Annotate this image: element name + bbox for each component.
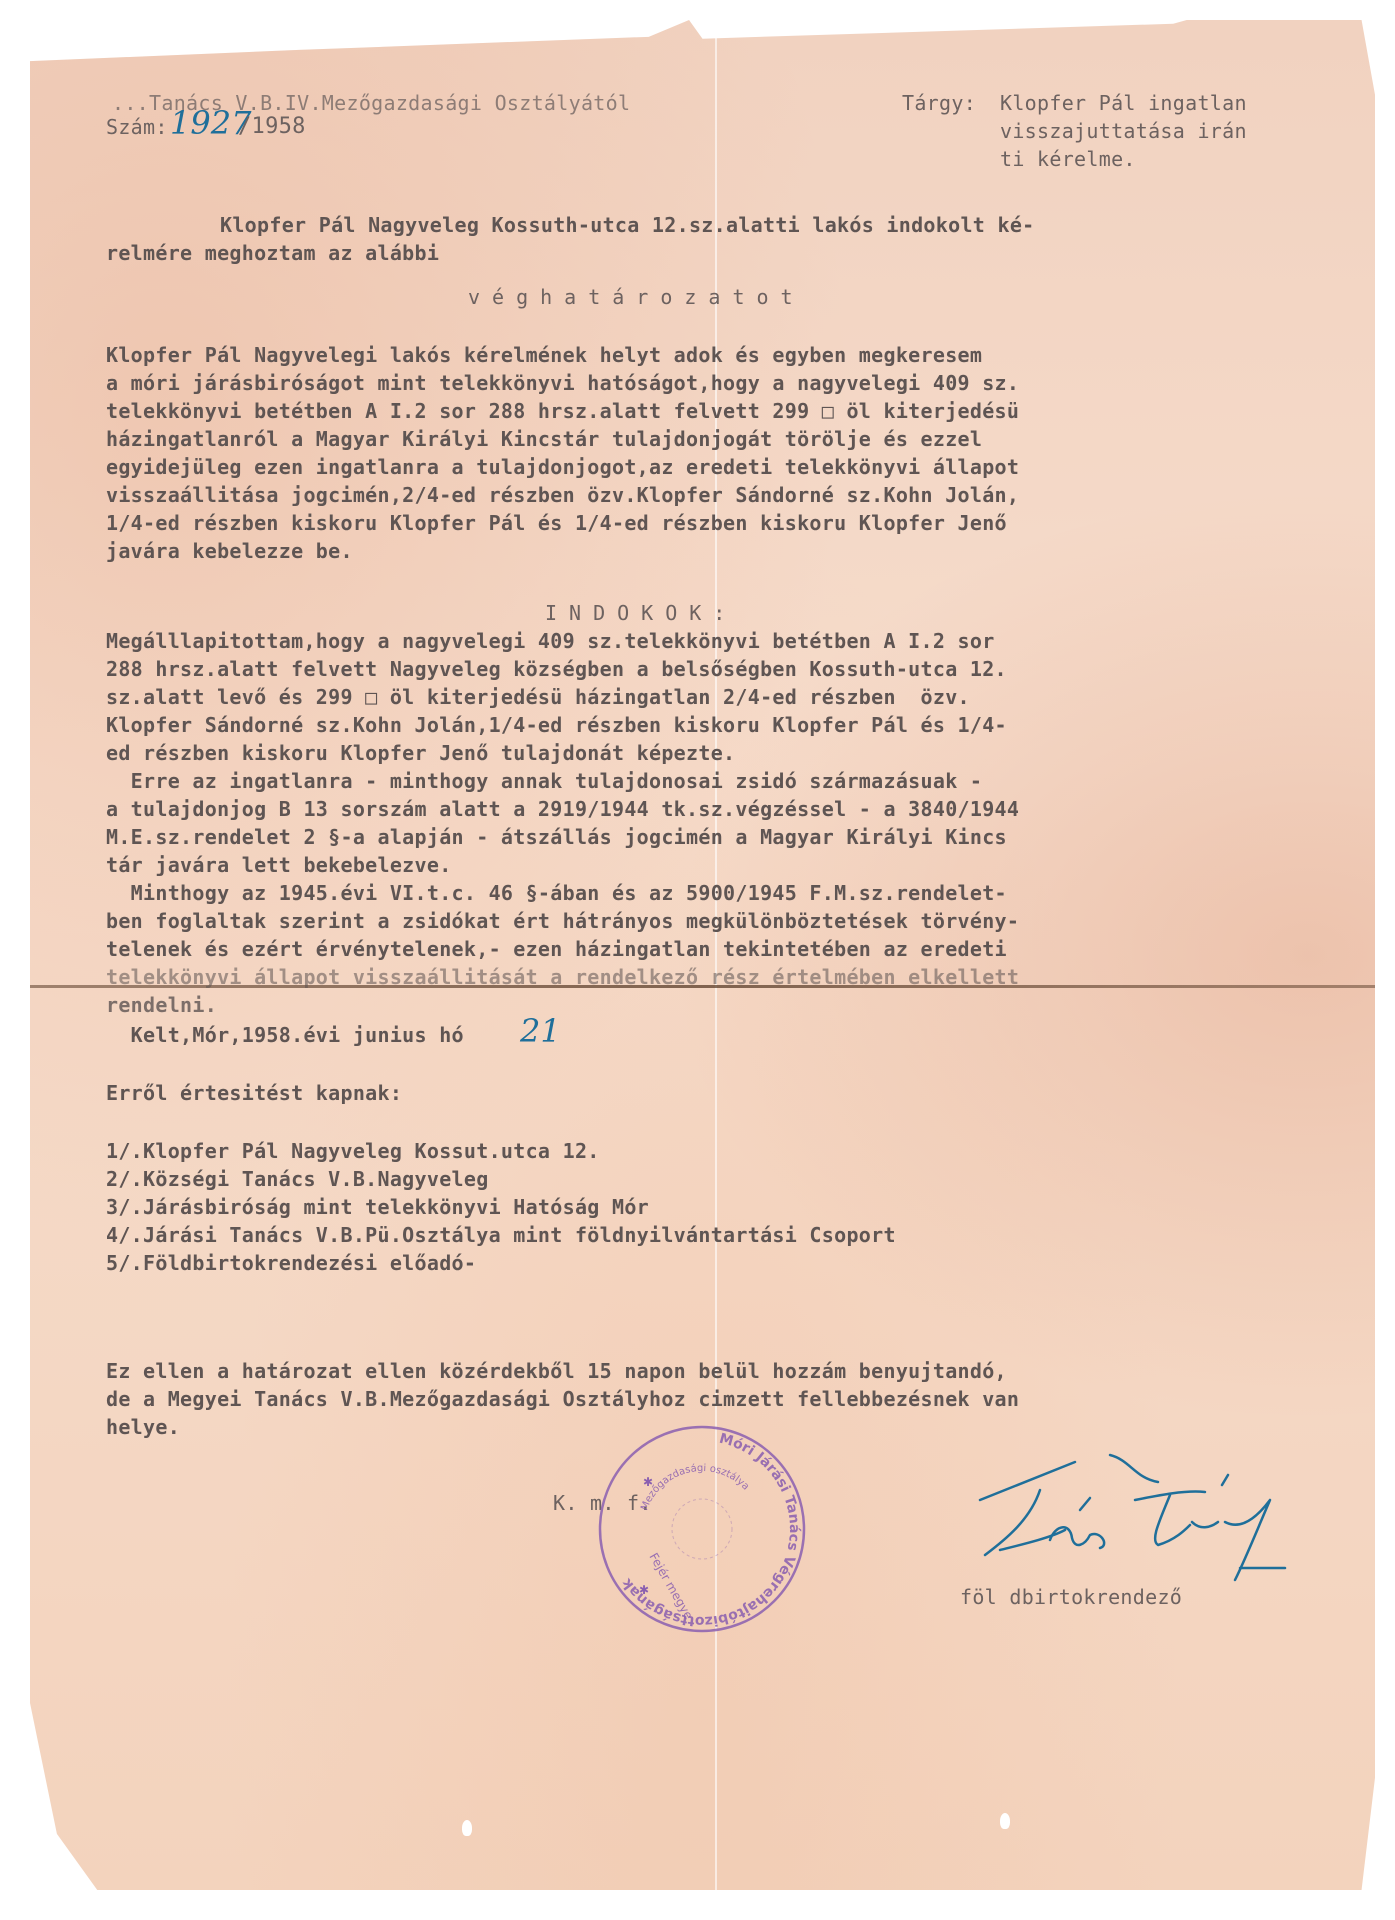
appeal-line: helye. <box>106 1412 180 1442</box>
recipient-item: 2/.Községi Tanács V.B.Nagyveleg <box>106 1164 489 1194</box>
decision-line: egyidejüleg ezen ingatlanra a tulajdonjo… <box>106 452 1019 482</box>
decision-line: házingatlanról a Magyar Királyi Kincstár… <box>106 424 982 454</box>
reasons-line: M.E.sz.rendelet 2 §-a alapján - átszállá… <box>106 822 1007 852</box>
recipient-item: 1/.Klopfer Pál Nagyveleg Kossut.utca 12. <box>106 1136 600 1166</box>
decision-title: véghatározatot <box>468 282 805 312</box>
official-stamp-icon: Móri Járási Tanács Végrehajtóbizottságán… <box>597 1424 807 1634</box>
decision-line: javára kebelezze be. <box>106 536 353 566</box>
decision-line: Klopfer Pál Nagyvelegi lakós kérelmének … <box>106 340 982 370</box>
decision-line: telekkönyvi betétben A I.2 sor 288 hrsz.… <box>106 396 1019 426</box>
number-year: /1958 <box>238 112 306 142</box>
date-line: Kelt,Mór,1958.évi junius hó <box>106 1020 476 1050</box>
appeal-line: de a Megyei Tanács V.B.Mezőgazdasági Osz… <box>106 1384 1019 1414</box>
reasons-line: ben foglaltak szerint a zsidókat ért hát… <box>106 906 1019 936</box>
reasons-line: Minthogy az 1945.évi VI.t.c. 46 §-ában é… <box>106 878 1007 908</box>
reasons-line: rendelni. <box>106 990 217 1020</box>
reasons-line: Erre az ingatlanra - minthogy annak tula… <box>106 766 982 796</box>
reasons-line: telenek és ezért érvénytelenek,- ezen há… <box>106 934 1007 964</box>
decision-line: a móri járásbiróságot mint telekkönyvi h… <box>106 368 1019 398</box>
reasons-line: 288 hrsz.alatt felvett Nagyveleg községb… <box>106 654 1007 684</box>
recipient-item: 4/.Járási Tanács V.B.Pü.Osztálya mint fö… <box>106 1220 896 1250</box>
reasons-line: telekkönyvi állapot visszaállitását a re… <box>106 962 1019 992</box>
decision-line: 1/4-ed részben kiskoru Klopfer Pál és 1/… <box>106 508 1007 538</box>
intro-line-2: relmére meghoztam az alábbi <box>106 238 439 268</box>
handwritten-day: 21 <box>520 1012 561 1050</box>
reasons-line: a tulajdonjog B 13 sorszám alatt a 2919/… <box>106 794 1019 824</box>
intro-line-1: Klopfer Pál Nagyveleg Kossuth-utca 12.sz… <box>220 210 1035 240</box>
recipients-title: Erről értesitést kapnak: <box>106 1078 402 1108</box>
recipient-item: 3/.Járásbiróság mint telekkönyvi Hatóság… <box>106 1192 649 1222</box>
subject-line-3: ti kérelme. <box>1000 144 1136 174</box>
svg-text:✱: ✱ <box>639 1583 649 1597</box>
reasons-line: tár javára lett bekebelezve. <box>106 850 452 880</box>
recipient-item: 5/.Földbirtokrendezési előadó- <box>106 1248 476 1278</box>
reasons-line: Klopfer Sándorné sz.Kohn Jolán,1/4-ed ré… <box>106 710 1007 740</box>
punch-hole <box>1000 1813 1010 1829</box>
subject-label: Tárgy: <box>902 88 976 118</box>
signer-title: föl dbirtokrendező <box>960 1582 1182 1612</box>
reasons-line: Megálllapitottam,hogy a nagyvelegi 409 s… <box>106 626 995 656</box>
decision-line: visszaállitása jogcimén,2/4-ed részben ö… <box>106 480 1019 510</box>
reasons-line: ed részben kiskoru Klopfer Jenő tulajdon… <box>106 738 735 768</box>
subject-line-1: Klopfer Pál ingatlan <box>1000 88 1247 118</box>
appeal-line: Ez ellen a határozat ellen közérdekből 1… <box>106 1356 1007 1386</box>
reasons-title: INDOKOK: <box>545 598 737 628</box>
svg-text:✱: ✱ <box>643 1475 653 1489</box>
subject-line-2: visszajuttatása irán <box>1000 116 1247 146</box>
punch-hole <box>462 1820 472 1836</box>
handwritten-signature <box>960 1450 1290 1590</box>
number-label: Szám: <box>106 112 168 142</box>
reasons-line: sz.alatt levő és 299 □ öl kiterjedésü há… <box>106 682 970 712</box>
svg-text:Mezőgazdasági osztálya: Mezőgazdasági osztálya <box>639 1462 751 1512</box>
